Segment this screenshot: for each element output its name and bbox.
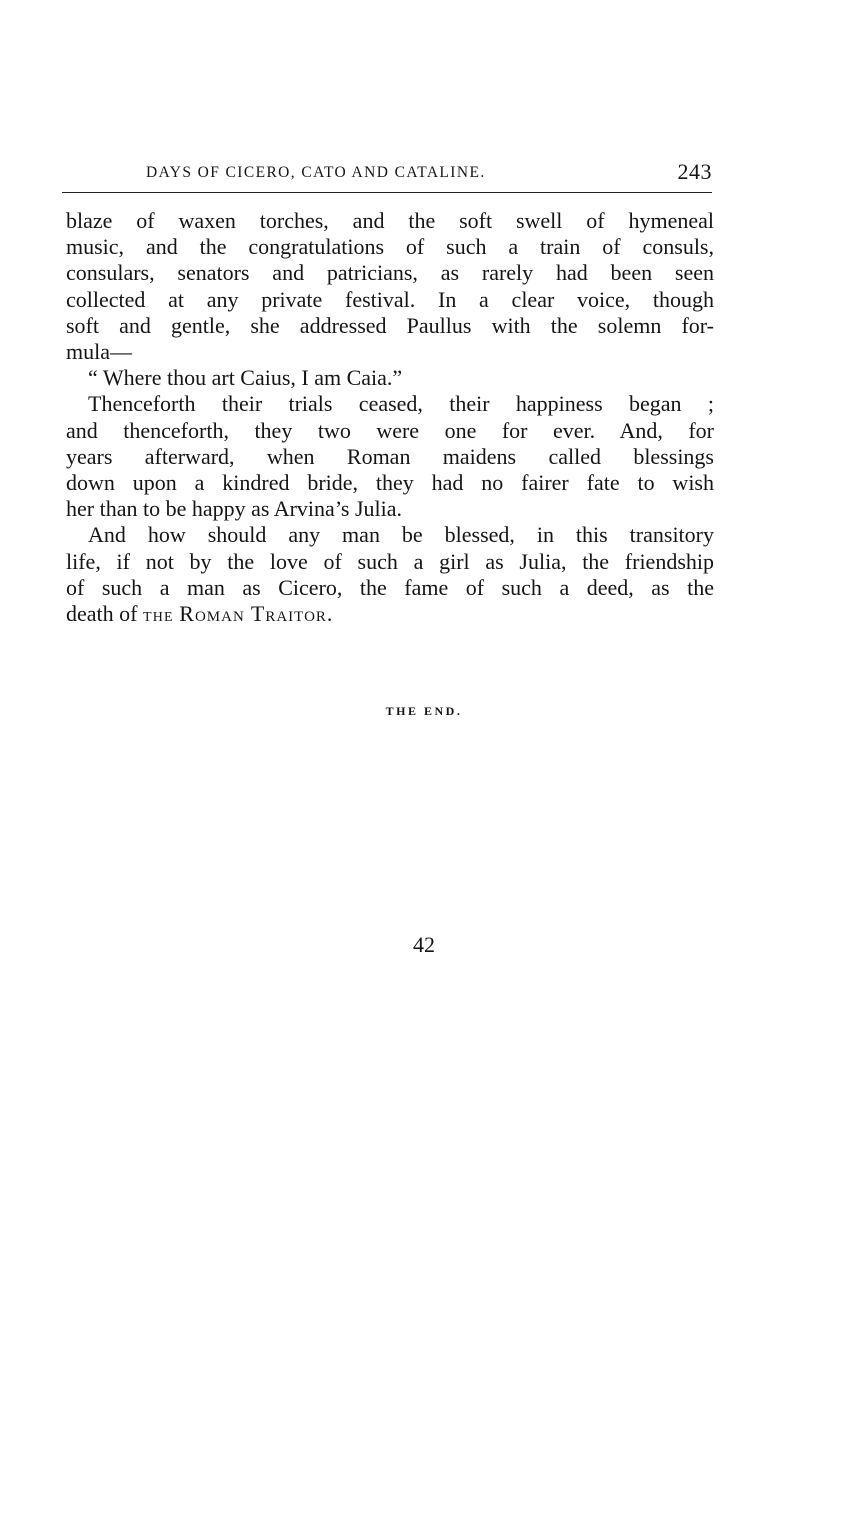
text-line: blaze of waxen torches, and the soft swe…	[66, 208, 714, 234]
text-line: down upon a kindred bride, they had no f…	[66, 470, 714, 496]
quotation-line: “ Where thou art Caius, I am Caia.”	[66, 365, 714, 391]
text-line: music, and the congratulations of such a…	[66, 234, 714, 260]
book-page: DAYS OF CICERO, CATO AND CATALINE. 243 b…	[0, 0, 848, 1525]
final-text-line: death of the Roman Traitor.	[66, 601, 714, 631]
paragraph-start-line: Thenceforth their trials ceased, their h…	[66, 391, 714, 417]
final-line-prefix: death of	[66, 601, 143, 626]
book-title-roman-traitor: Roman Traitor.	[179, 601, 333, 626]
body-text: blaze of waxen torches, and the soft swe…	[66, 208, 714, 631]
signature-mark: 42	[0, 932, 848, 958]
text-line: her than to be happy as Arvina’s Julia.	[66, 496, 714, 522]
text-line: consulars, senators and patricians, as r…	[66, 260, 714, 286]
text-line: years afterward, when Roman maidens call…	[66, 444, 714, 470]
text-line: and thenceforth, they two were one for e…	[66, 418, 714, 444]
text-line: mula—	[66, 339, 714, 365]
page-number: 243	[678, 159, 713, 185]
text-line: soft and gentle, she addressed Paullus w…	[66, 313, 714, 339]
header-rule	[62, 192, 712, 193]
running-title: DAYS OF CICERO, CATO AND CATALINE.	[146, 164, 486, 182]
small-caps-the: the	[143, 610, 174, 625]
text-line: collected at any private festival. In a …	[66, 287, 714, 313]
text-line: of such a man as Cicero, the fame of suc…	[66, 575, 714, 601]
the-end-mark: THE END.	[0, 704, 848, 719]
paragraph-start-line: And how should any man be blessed, in th…	[66, 522, 714, 548]
text-line: life, if not by the love of such a girl …	[66, 549, 714, 575]
running-head: DAYS OF CICERO, CATO AND CATALINE. 243	[62, 162, 712, 188]
